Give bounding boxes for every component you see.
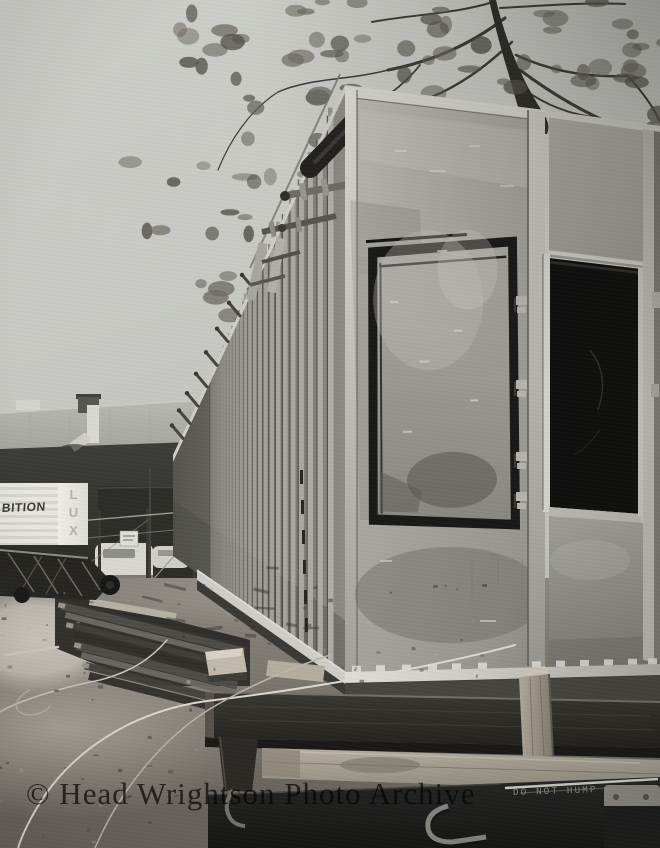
pebble	[214, 668, 216, 671]
timber-post	[519, 666, 553, 759]
pebble	[471, 620, 474, 621]
pebble	[324, 649, 326, 652]
pebble	[461, 639, 463, 641]
pebble	[0, 800, 3, 802]
pebble	[0, 767, 2, 769]
pebble	[83, 672, 85, 674]
wall-rib	[215, 366, 217, 585]
pipe-stub	[172, 425, 183, 438]
pebble	[412, 647, 416, 650]
rib-shadow	[327, 116, 328, 666]
pebble	[227, 614, 230, 616]
wall-rib	[212, 374, 214, 582]
debris-streak	[142, 595, 163, 602]
pipe-stub-flange	[227, 301, 231, 305]
pebble	[360, 680, 365, 683]
pebble	[41, 743, 43, 746]
wall-rib	[258, 270, 262, 616]
wall-rib	[299, 179, 304, 645]
access-door	[363, 228, 523, 532]
pipe-stub-flange	[194, 372, 198, 376]
pebble	[16, 641, 20, 643]
pebble	[434, 654, 438, 655]
pebble	[87, 829, 90, 832]
pebble	[42, 639, 47, 640]
pebble	[328, 599, 333, 603]
weld-tab	[376, 665, 385, 671]
pebble	[202, 584, 205, 586]
pebble	[313, 586, 318, 589]
pebble	[482, 584, 487, 587]
pebble	[54, 690, 59, 692]
pebble	[186, 680, 190, 683]
pebble	[118, 769, 122, 772]
wall-rib	[328, 116, 334, 666]
wall-rib	[233, 326, 236, 598]
wall-rib	[291, 198, 296, 640]
wall-rib	[248, 291, 252, 609]
rib-shadow	[307, 160, 308, 652]
pebble	[96, 636, 98, 637]
pebble	[93, 754, 98, 756]
pebble	[148, 736, 152, 739]
pipe-stub-flange	[170, 423, 174, 427]
wall-rib	[244, 301, 248, 606]
weld-tab	[556, 661, 565, 667]
pebble	[167, 716, 169, 718]
pipe-stub-flange	[185, 391, 189, 395]
weld-tab	[628, 659, 637, 665]
pebble	[127, 600, 130, 602]
pebble	[303, 607, 306, 610]
rib-shadow	[316, 139, 317, 659]
debris-streak	[303, 627, 319, 629]
wall-rib	[222, 352, 225, 590]
pebble	[98, 685, 103, 688]
pebble	[92, 699, 94, 701]
pebble	[1, 635, 4, 637]
lattice-trailer	[0, 548, 120, 603]
pebble	[94, 587, 99, 589]
pebble	[3, 613, 7, 615]
pebble	[433, 585, 438, 588]
wall-rib	[253, 281, 257, 613]
pebble	[20, 769, 23, 772]
pipe-stub-flange	[204, 350, 208, 354]
pipe-stub	[217, 329, 228, 342]
pebble	[64, 592, 66, 594]
wall-rib	[264, 257, 268, 620]
pebble	[226, 604, 228, 607]
pipe-stub-flange	[240, 273, 244, 277]
pebble	[46, 624, 48, 626]
rib-shadow	[298, 179, 299, 645]
pebble	[189, 709, 191, 712]
pebble	[147, 765, 153, 767]
pebble	[168, 770, 173, 773]
pebble	[209, 660, 212, 662]
pebble	[2, 617, 7, 620]
pebble	[27, 627, 31, 630]
pebble	[188, 648, 190, 650]
pebble	[63, 767, 66, 768]
weld-tab	[532, 661, 541, 667]
pebble	[66, 675, 70, 678]
rib-shadow	[257, 270, 258, 616]
wall-rib	[224, 346, 227, 592]
pebble	[210, 588, 213, 591]
pebble	[69, 669, 73, 672]
wall-rib	[227, 340, 230, 594]
steel-module	[170, 74, 660, 704]
pipe-stub-flange	[215, 326, 219, 330]
foreground-layer: DO NOT HUMP	[0, 0, 660, 848]
pebble	[456, 588, 458, 590]
pebble	[195, 749, 199, 750]
pebble	[377, 651, 381, 653]
pebble	[354, 669, 356, 671]
weld-tab	[604, 659, 613, 665]
light-stick	[5, 647, 58, 655]
weld-tab	[648, 658, 657, 664]
wall-rib	[236, 318, 239, 600]
pebble	[42, 836, 44, 838]
pebble	[241, 682, 244, 684]
pebble	[6, 762, 9, 764]
wall-rib	[308, 160, 313, 652]
weld-tab	[478, 663, 487, 669]
pebble	[8, 666, 13, 669]
pebble	[267, 642, 271, 644]
pebble	[480, 654, 484, 657]
wall-rib	[217, 362, 219, 587]
pebble	[177, 703, 179, 706]
pebble	[390, 592, 393, 594]
pebble	[89, 601, 93, 603]
wall-rib	[214, 370, 216, 583]
wall-rib	[230, 333, 233, 595]
pebble	[5, 605, 7, 607]
pebble	[77, 622, 80, 624]
pipe-stub	[196, 374, 207, 387]
open-hatch	[549, 258, 641, 514]
pebble	[59, 600, 61, 601]
pebble	[80, 634, 85, 635]
pipe-stub	[179, 410, 190, 423]
pebble	[250, 627, 254, 630]
rib-shadow	[209, 377, 210, 581]
debris-streak	[164, 583, 186, 591]
pebble	[92, 841, 96, 844]
weld-tab	[580, 660, 589, 666]
weld-tab	[452, 663, 461, 669]
pebble	[308, 624, 311, 627]
photo: BITION LUX	[0, 0, 660, 848]
pipe-stub	[206, 352, 217, 365]
pipe-stub-flange	[177, 408, 181, 412]
pebble	[234, 619, 238, 622]
pebble	[420, 669, 424, 672]
pipe-stub	[229, 303, 240, 316]
wall-rib	[240, 310, 243, 603]
pebble	[177, 604, 181, 605]
pebble	[67, 631, 70, 632]
pebble	[221, 677, 225, 680]
pebble	[476, 675, 478, 678]
debris-streak	[245, 634, 256, 638]
pebble	[182, 635, 185, 638]
pebble	[149, 821, 152, 823]
pebble	[232, 657, 236, 659]
pipe-stub	[187, 393, 198, 406]
pebble	[342, 666, 344, 669]
wall-rib	[210, 377, 212, 581]
rib-shadow	[262, 257, 263, 620]
watermark: © Head Wrightson Photo Archive	[26, 776, 476, 812]
rib-shadow	[289, 198, 290, 640]
wall-rib	[219, 357, 221, 588]
pebble	[445, 584, 447, 587]
pebble	[288, 645, 290, 647]
